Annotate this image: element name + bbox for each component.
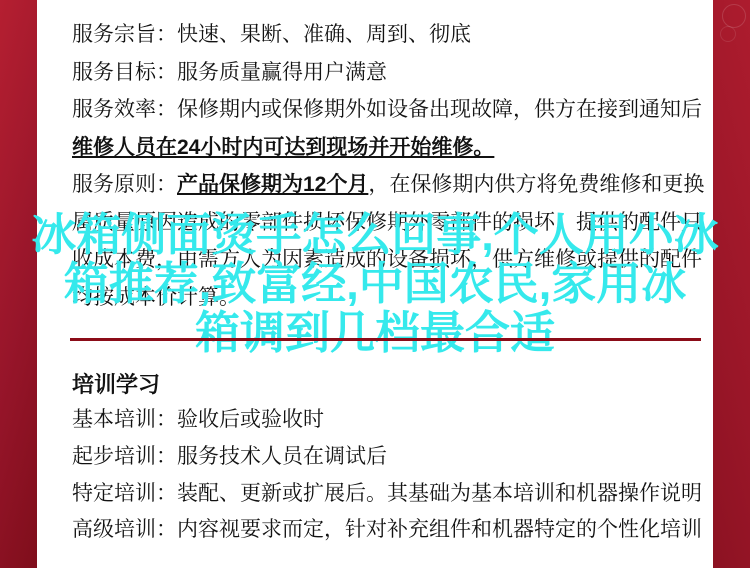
training-line-advanced: 高级培训：内容视要求而定，针对补充组件和机器特定的个性化培训: [72, 512, 706, 549]
training-section-heading: 培训学习: [72, 368, 160, 399]
page-title-line-2: 箱推荐,致富经,中国农民,家用冰: [0, 259, 750, 308]
service-line-efficiency: 服务效率：保修期内或保修期外如设备出现故障，供方在接到通知后: [72, 91, 706, 129]
page-title-line-3: 箱调到几档最合适: [0, 308, 750, 357]
service-warranty-bold-text: 产品保修期为12个月: [177, 173, 368, 196]
page-background: 服务宗旨：快速、果断、准确、周到、彻底 服务目标：服务质量赢得用户满意 服务效率…: [0, 0, 750, 568]
training-line-basic: 基本培训：验收后或验收时: [72, 402, 706, 439]
service-line-goal: 服务目标：服务质量赢得用户满意: [72, 54, 706, 92]
service-line-24h: 维修人员在24小时内可达到现场并开始维修。: [72, 129, 706, 167]
training-list: 基本培训：验收后或验收时 起步培训：服务技术人员在调试后 特定培训：装配、更新或…: [72, 402, 706, 549]
red-divider-line: [70, 338, 701, 341]
service-principle-suffix: ，在保修期内供方将免费维修和更换: [368, 173, 704, 196]
service-line-principle: 服务原则：产品保修期为12个月，在保修期内供方将免费维修和更换: [72, 166, 706, 204]
training-line-startup: 起步培训：服务技术人员在调试后: [72, 439, 706, 476]
page-title-overlay: 冰箱侧面烫手怎么回事,个人用小冰 箱推荐,致富经,中国农民,家用冰 箱调到几档最…: [0, 210, 750, 357]
service-line-24h-bold-text: 维修人员在24小时内可达到现场并开始维修。: [72, 136, 494, 159]
service-principle-prefix: 服务原则：: [72, 173, 177, 196]
page-title-line-1: 冰箱侧面烫手怎么回事,个人用小冰: [0, 210, 750, 259]
service-line-purpose: 服务宗旨：快速、果断、准确、周到、彻底: [72, 16, 706, 54]
training-line-specific: 特定培训：装配、更新或扩展后。其基础为基本培训和机器操作说明: [72, 476, 706, 513]
